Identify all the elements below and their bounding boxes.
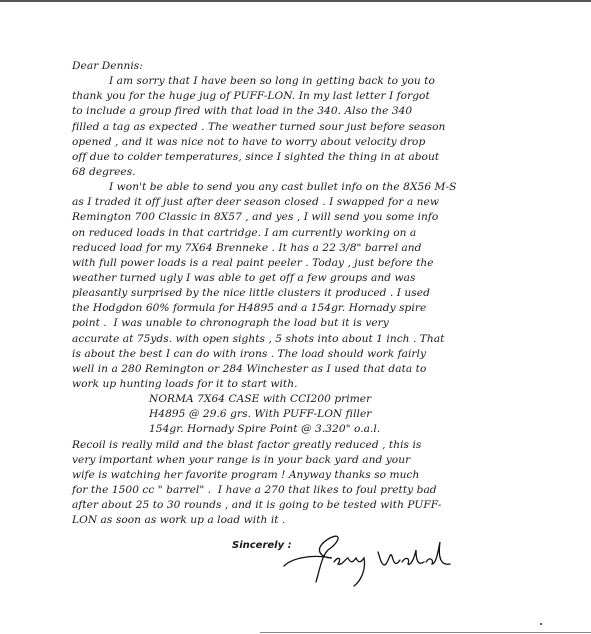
letter-line: filled a tag as expected . The weather t… (72, 120, 532, 135)
letter-line: Recoil is really mild and the blast fact… (72, 438, 532, 453)
letter-line: accurate at 75yds. with open sights , 5 … (72, 332, 532, 347)
top-scan-edge (0, 0, 591, 2)
letter-line: opened , and it was nice not to have to … (72, 135, 532, 150)
letter-line: 154gr. Hornady Spire Point @ 3.320" o.a.… (72, 422, 532, 437)
letter-line: after about 25 to 30 rounds , and it is … (72, 498, 532, 513)
letter-line: for the 1500 cc " barrel" . I have a 270… (72, 483, 532, 498)
letter-line: thank you for the huge jug of PUFF-LON. … (72, 89, 532, 104)
letter-line: with full power loads is a real paint pe… (72, 256, 532, 271)
letter-line: NORMA 7X64 CASE with CCI200 primer (72, 392, 532, 407)
letter-line: point . I was unable to chronograph the … (72, 316, 532, 331)
bottom-scan-edge (260, 632, 591, 633)
letter-line: LON as soon as work up a load with it . (72, 513, 532, 528)
letter-line: H4895 @ 29.6 grs. With PUFF-LON filler (72, 407, 532, 422)
letter-line: weather turned ugly I was able to get of… (72, 271, 532, 286)
signature: Terry Wald (282, 528, 452, 588)
salutation: Dear Dennis: (72, 59, 532, 74)
scan-speck (540, 623, 542, 625)
paragraph-3: Recoil is really mild and the blast fact… (72, 438, 532, 529)
letter-line: wife is watching her favorite program ! … (72, 468, 532, 483)
letter-line: as I traded it off just after deer seaso… (72, 195, 532, 210)
letter-line: on reduced loads in that cartridge. I am… (72, 226, 532, 241)
paragraph-2: I won't be able to send you any cast bul… (72, 180, 532, 392)
letter-body: Dear Dennis: I am sorry that I have been… (72, 59, 532, 528)
letter-line: well in a 280 Remington or 284 Wincheste… (72, 362, 532, 377)
letter-line: I am sorry that I have been so long in g… (72, 74, 532, 89)
letter-line: Remington 700 Classic in 8X57 , and yes … (72, 210, 532, 225)
letter-line: work up hunting loads for it to start wi… (72, 377, 532, 392)
letter-line: off due to colder temperatures, since I … (72, 150, 532, 165)
letter-line: to include a group fired with that load … (72, 104, 532, 119)
letter-line: I won't be able to send you any cast bul… (72, 180, 532, 195)
letter-line: is about the best I can do with irons . … (72, 347, 532, 362)
letter-line: 68 degrees. (72, 165, 532, 180)
paragraph-1: I am sorry that I have been so long in g… (72, 74, 532, 180)
letter-line: pleasantly surprised by the nice little … (72, 286, 532, 301)
letter-line: very important when your range is in you… (72, 453, 532, 468)
load-spec: NORMA 7X64 CASE with CCI200 primerH4895 … (72, 392, 532, 437)
letter-line: reduced load for my 7X64 Brenneke . It h… (72, 241, 532, 256)
letter-line: the Hodgdon 60% formula for H4895 and a … (72, 301, 532, 316)
